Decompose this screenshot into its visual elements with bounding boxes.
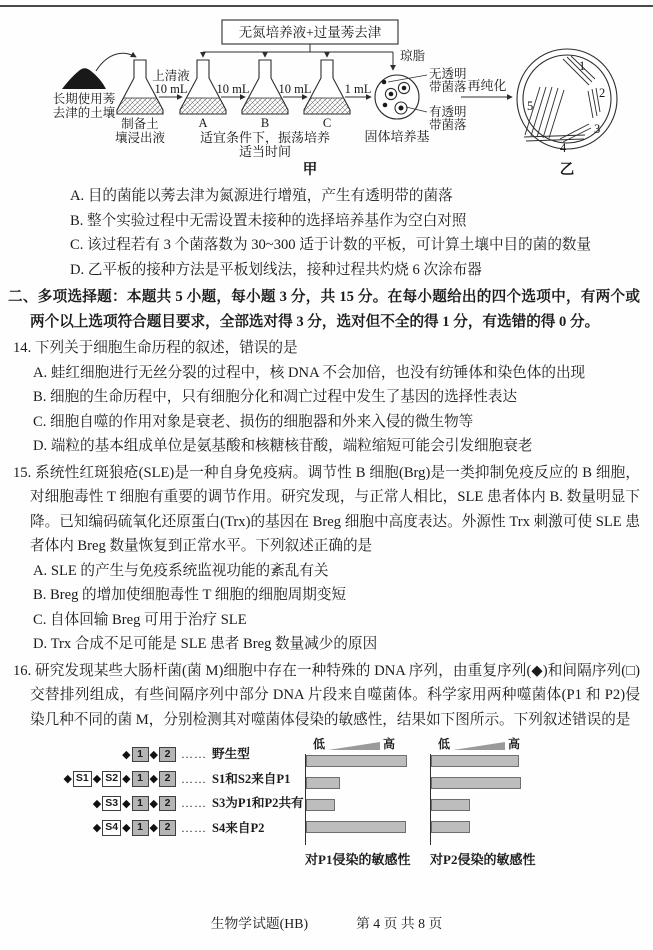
q14-stem: 14. 下列关于细胞生命历程的叙述，错误的是 (0, 336, 640, 361)
q15-option-d: D. Trx 合成不足可能是 SLE 患者 Breg 数量减少的原因 (33, 632, 640, 657)
ellipsis: …… (176, 791, 212, 816)
q13-option-a: A. 目的菌能以莠去津为氮源进行增殖，产生有透明带的菌落 (70, 184, 640, 209)
repeat-seq-icon: ◆ (122, 773, 130, 784)
q15-stem: 15. 系统性红斑狼疮(SLE)是一种自身免疫病。调节性 B 细胞(Brg)是一… (0, 461, 640, 559)
sequence-row-s4: ◆ S4 ◆ 1 ◆ 2 …… S4来自P2 (0, 816, 305, 841)
soil-label-2: 去津的土壤 (53, 105, 116, 120)
colony-no-zone-label-2: 带菌落 (429, 79, 467, 94)
repeat-seq-icon: ◆ (122, 798, 130, 809)
flask-c-label: C (323, 116, 331, 130)
bar-s3 (306, 799, 335, 811)
spacer-box-1: 1 (132, 796, 149, 812)
figure-jia-label: 甲 (303, 161, 318, 178)
row-label: 野生型 (212, 742, 250, 767)
repeat-seq-icon: ◆ (150, 822, 158, 833)
q14-options: A. 蛙红细胞进行无丝分裂的过程中，核 DNA 不会加倍，也没有纺锤体和染色体的… (33, 361, 640, 459)
ellipsis: …… (176, 767, 212, 792)
distribution-lines (203, 44, 393, 70)
scale-low-label: 低 (438, 738, 450, 751)
p2-scale: 低 高 (430, 736, 550, 751)
bar-s3 (431, 799, 470, 811)
sequence-row-s3: ◆ S3 ◆ 1 ◆ 2 …… S3为P1和P2共有 (0, 791, 305, 816)
streak-num-4: 4 (560, 141, 567, 155)
spacer-box-1: 1 (132, 820, 149, 836)
gradient-wedge-icon (453, 742, 505, 750)
gradient-wedge-icon (328, 742, 380, 750)
sequence-diagrams: ◆ 1 ◆ 2 …… 野生型 ◆ S1 ◆ S2 ◆ 1 (0, 742, 305, 840)
bar-s4 (431, 821, 470, 833)
q15-option-c: C. 自体回输 Breg 可用于治疗 SLE (33, 608, 640, 633)
footer-exam-title: 生物学试题(HB) (211, 912, 308, 932)
bar-wild-type (306, 755, 407, 767)
q14-option-b: B. 细胞的生命历程中，只有细胞分化和凋亡过程中发生了基因的选择性表达 (33, 385, 640, 410)
streak-num-2: 2 (599, 86, 605, 100)
repeat-seq-icon: ◆ (150, 749, 158, 760)
spacer-box-2: 2 (159, 747, 176, 763)
volume-bc-label: 10 mL (279, 82, 312, 96)
colony-with-zone-label-1: 有透明 (429, 105, 467, 119)
solid-medium-dish (375, 75, 419, 119)
spacer-box-2: 2 (159, 820, 176, 836)
repeat-seq-icon: ◆ (122, 749, 130, 760)
spacer-box-s2: S2 (102, 771, 121, 787)
colony-no-zone-dot (383, 103, 388, 108)
bar-s4 (306, 821, 406, 833)
flask-a-label: A (198, 116, 207, 130)
repeat-seq-icon: ◆ (93, 822, 101, 833)
condition-label-2: 适当时间 (239, 144, 291, 159)
bar-s1-s2 (431, 777, 521, 789)
p2-sensitivity-chart: 低 高 对P2侵染的敏感性 (430, 736, 550, 873)
ellipsis: …… (176, 816, 212, 841)
soil-mound (62, 68, 106, 89)
volume-ab-label: 10 mL (217, 82, 250, 96)
solid-medium-label: 固体培养基 (364, 129, 429, 144)
repeat-seq-icon: ◆ (150, 798, 158, 809)
scale-high-label: 高 (508, 738, 520, 751)
experiment-diagram-svg: 无氮培养液+过量莠去津 琼脂 长期使用莠 去津的土壤 (0, 8, 653, 184)
flask-extract-label-2: 壤浸出液 (115, 130, 166, 145)
sequence-row-wild-type: ◆ 1 ◆ 2 …… 野生型 (0, 742, 305, 767)
spacer-box-2: 2 (159, 771, 176, 787)
q13-option-b: B. 整个实验过程中无需设置未接种的选择培养基作为空白对照 (70, 209, 640, 234)
q14-option-a: A. 蛙红细胞进行无丝分裂的过程中，核 DNA 不会加倍，也没有纺锤体和染色体的… (33, 361, 640, 386)
repeat-seq-icon: ◆ (93, 773, 101, 784)
ellipsis: …… (176, 742, 212, 767)
q16-stem: 16. 研究发现某些大肠杆菌(菌 M)细胞中存在一种特殊的 DNA 序列，由重复… (0, 659, 640, 733)
q13-option-d: D. 乙平板的接种方法是平板划线法，接种过程共灼烧 6 次涂布器 (70, 258, 640, 283)
sequence-row-s1-s2: ◆ S1 ◆ S2 ◆ 1 ◆ 2 …… S1和S2来自P1 (0, 767, 305, 792)
section-2-header: 二、多项选择题：本题共 5 小题，每小题 3 分，共 15 分。在每小题给出的四… (0, 285, 640, 334)
page-footer: 生物学试题(HB) 第 4 页 共 8 页 (0, 912, 653, 932)
streak-num-5: 5 (527, 99, 533, 113)
spacer-box-s4: S4 (102, 820, 121, 836)
agar-label: 琼脂 (400, 48, 426, 63)
spacer-box-s3: S3 (102, 796, 121, 812)
colony-no-zone-label-1: 无透明 (429, 67, 467, 81)
supernatant-label-2: 10 mL (155, 82, 188, 96)
repurify-label: 再纯化 (467, 78, 506, 93)
q13-option-c: C. 该过程若有 3 个菌落数为 30~300 适于计数的平板，可计算土壤中目的… (70, 233, 640, 258)
exam-body: A. 目的菌能以莠去津为氮源进行增殖，产生有透明带的菌落 B. 整个实验过程中无… (0, 184, 640, 873)
streak-num-1: 1 (579, 59, 585, 73)
figure-yi-label: 乙 (560, 161, 575, 178)
q15-options: A. SLE 的产生与免疫系统监视功能的紊乱有关 B. Breg 的增加使细胞毒… (33, 559, 640, 657)
row-label: S4来自P2 (212, 816, 264, 841)
scale-high-label: 高 (383, 738, 395, 751)
experiment-diagram: 无氮培养液+过量莠去津 琼脂 长期使用莠 去津的土壤 (0, 8, 653, 184)
p2-plot-area (430, 754, 550, 845)
spacer-box-1: 1 (132, 771, 149, 787)
spacer-box-1: 1 (132, 747, 149, 763)
scale-low-label: 低 (313, 738, 325, 751)
colony-with-zone-label-2: 带菌落 (429, 117, 467, 132)
p1-scale: 低 高 (305, 736, 435, 751)
q16-figure: ◆ 1 ◆ 2 …… 野生型 ◆ S1 ◆ S2 ◆ 1 (0, 736, 653, 873)
repeat-seq-icon: ◆ (122, 822, 130, 833)
supernatant-label-1: 上清液 (152, 68, 190, 83)
soil-label-1: 长期使用莠 (53, 91, 116, 106)
p1-chart-title: 对P1侵染的敏感性 (305, 848, 435, 873)
q14-option-c: C. 细胞自噬的作用对象是衰老、损伤的细胞器和外来入侵的微生物等 (33, 410, 640, 435)
exam-page: 无氮培养液+过量莠去津 琼脂 长期使用莠 去津的土壤 (0, 0, 653, 950)
q15-option-a: A. SLE 的产生与免疫系统监视功能的紊乱有关 (33, 559, 640, 584)
volume-cd-label: 1 mL (345, 82, 372, 96)
q13-options: A. 目的菌能以莠去津为氮源进行增殖，产生有透明带的菌落 B. 整个实验过程中无… (33, 184, 640, 282)
p1-plot-area (305, 754, 435, 845)
footer-page-number: 第 4 页 共 8 页 (356, 912, 442, 932)
flask-b-label: B (261, 116, 269, 130)
spacer-box-2: 2 (159, 796, 176, 812)
q15-option-b: B. Breg 的增加使细胞毒性 T 细胞的细胞周期变短 (33, 583, 640, 608)
flask-extract-label-1: 制备土 (121, 116, 159, 131)
p1-sensitivity-chart: 低 高 对P1侵染的敏感性 (305, 736, 435, 873)
spacer-box-s1: S1 (73, 771, 92, 787)
repeat-seq-icon: ◆ (150, 773, 158, 784)
streak-plate: 1 2 3 4 5 (517, 49, 617, 155)
soil-transfer-arrow (96, 53, 136, 71)
row-label: S1和S2来自P1 (212, 767, 290, 792)
page-top-border (0, 5, 653, 7)
bar-wild-type (431, 755, 519, 767)
q14-option-d: D. 端粒的基本组成单位是氨基酸和核糖核苷酸，端粒缩短可能会引发细胞衰老 (33, 434, 640, 459)
streak-num-3: 3 (594, 122, 600, 136)
repeat-seq-icon: ◆ (93, 798, 101, 809)
row-label: S3为P1和P2共有 (212, 791, 304, 816)
repeat-seq-icon: ◆ (63, 773, 71, 784)
bar-s1-s2 (306, 777, 340, 789)
p2-chart-title: 对P2侵染的敏感性 (430, 848, 550, 873)
colony-no-zone-dot (382, 80, 387, 85)
reagent-box-label: 无氮培养液+过量莠去津 (239, 24, 382, 40)
